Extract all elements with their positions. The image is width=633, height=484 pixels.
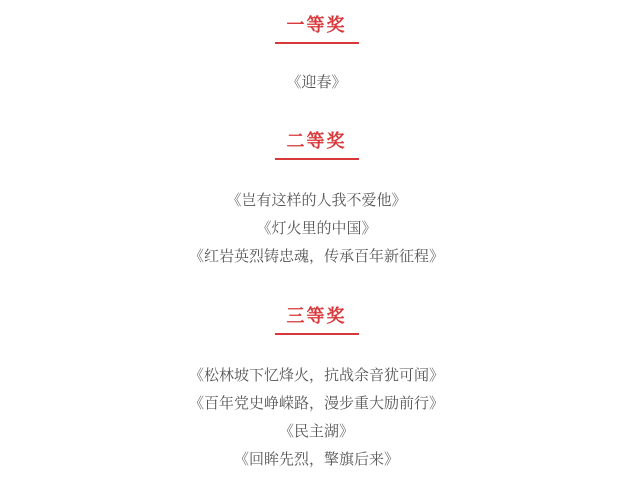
second-prize-heading: 二等奖 (275, 130, 359, 160)
third-prize-heading: 三等奖 (275, 305, 359, 335)
award-item: 《百年党史峥嵘路，漫步重大励前行》 (0, 389, 633, 417)
award-item: 《红岩英烈铸忠魂，传承百年新征程》 (0, 242, 633, 270)
award-item: 《松林坡下忆烽火，抗战余音犹可闻》 (0, 361, 633, 389)
award-item: 《岂有这样的人我不爱他》 (0, 186, 633, 214)
award-item: 《迎春》 (0, 68, 633, 96)
first-prize-heading: 一等奖 (275, 14, 359, 44)
second-prize-section: 二等奖 《岂有这样的人我不爱他》 《灯火里的中国》 《红岩英烈铸忠魂，传承百年新… (0, 130, 633, 270)
third-prize-section: 三等奖 《松林坡下忆烽火，抗战余音犹可闻》 《百年党史峥嵘路，漫步重大励前行》 … (0, 305, 633, 473)
award-item: 《民主湖》 (0, 417, 633, 445)
award-item: 《灯火里的中国》 (0, 214, 633, 242)
award-item: 《回眸先烈，擎旗后来》 (0, 445, 633, 473)
first-prize-section: 一等奖 《迎春》 (0, 14, 633, 96)
